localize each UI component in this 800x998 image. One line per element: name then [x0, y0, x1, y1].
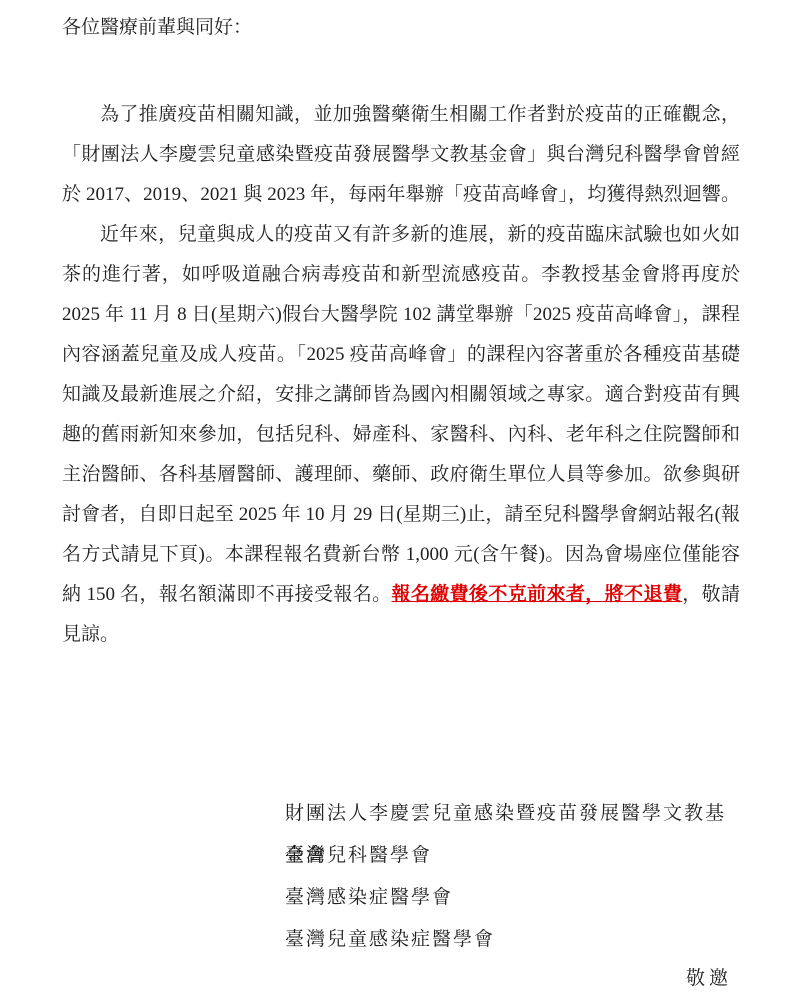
body-line-6: 2025 年 11 月 8 日(星期六)假台大醫學院 102 講堂舉辦「2025… [62, 295, 740, 335]
body-line-3: 於 2017、2019、2021 與 2023 年，每兩年舉辦「疫苗高峰會」，均… [62, 175, 740, 215]
warning-line-suffix: ，敬請 [682, 584, 740, 605]
warning-line-prefix: 納 150 名，報名額滿即不再接受報名。 [62, 584, 391, 605]
top-spacer [62, 48, 740, 95]
body-line-14: 見諒。 [62, 615, 740, 655]
body-line-1: 為了推廣疫苗相關知識，並加強醫藥衛生相關工作者對於疫苗的正確觀念， [62, 95, 740, 135]
body-line-13: 納 150 名，報名額滿即不再接受報名。報名繳費後不克前來者，將不退費，敬請 [62, 575, 740, 615]
body-line-4: 近年來，兒童與成人的疫苗又有許多新的進展，新的疫苗臨床試驗也如火如 [62, 215, 740, 255]
signature-org-pediatric-assoc: 臺灣兒科醫學會 [285, 835, 740, 877]
signature-block: 財團法人李慶雲兒童感染暨疫苗發展醫學文教基金會 臺灣兒科醫學會 臺灣感染症醫學會… [285, 793, 740, 961]
signature-spacer [62, 655, 740, 793]
greeting-line: 各位醫療前輩與同好： [62, 8, 740, 48]
closing-salutation: 敬邀 [62, 961, 740, 997]
refund-warning-text: 報名繳費後不克前來者，將不退費 [391, 584, 682, 605]
signature-org-child-infectious: 臺灣兒童感染症醫學會 [285, 919, 740, 961]
body-line-2: 「財團法人李慶雲兒童感染暨疫苗發展醫學文教基金會」與台灣兒科醫學會曾經 [62, 135, 740, 175]
body-line-11: 討會者，自即日起至 2025 年 10 月 29 日(星期三)止，請至兒科醫學會… [62, 495, 740, 535]
signature-org-infectious-assoc: 臺灣感染症醫學會 [285, 877, 740, 919]
body-line-9: 趣的舊雨新知來參加，包括兒科、婦產科、家醫科、內科、老年科之住院醫師和 [62, 415, 740, 455]
body-line-10: 主治醫師、各科基層醫師、護理師、藥師、政府衛生單位人員等參加。欲參與研 [62, 455, 740, 495]
signature-org-foundation: 財團法人李慶雲兒童感染暨疫苗發展醫學文教基金會 [285, 793, 740, 835]
body-line-5: 茶的進行著，如呼吸道融合病毒疫苗和新型流感疫苗。李教授基金會將再度於 [62, 255, 740, 295]
body-line-12: 名方式請見下頁)。本課程報名費新台幣 1,000 元(含午餐)。因為會場座位僅能… [62, 535, 740, 575]
letter-page: 各位醫療前輩與同好： 為了推廣疫苗相關知識，並加強醫藥衛生相關工作者對於疫苗的正… [0, 0, 800, 998]
body-line-8: 知識及最新進展之介紹，安排之講師皆為國內相關領域之專家。適合對疫苗有興 [62, 375, 740, 415]
body-line-7: 內容涵蓋兒童及成人疫苗。「2025 疫苗高峰會」的課程內容著重於各種疫苗基礎 [62, 335, 740, 375]
